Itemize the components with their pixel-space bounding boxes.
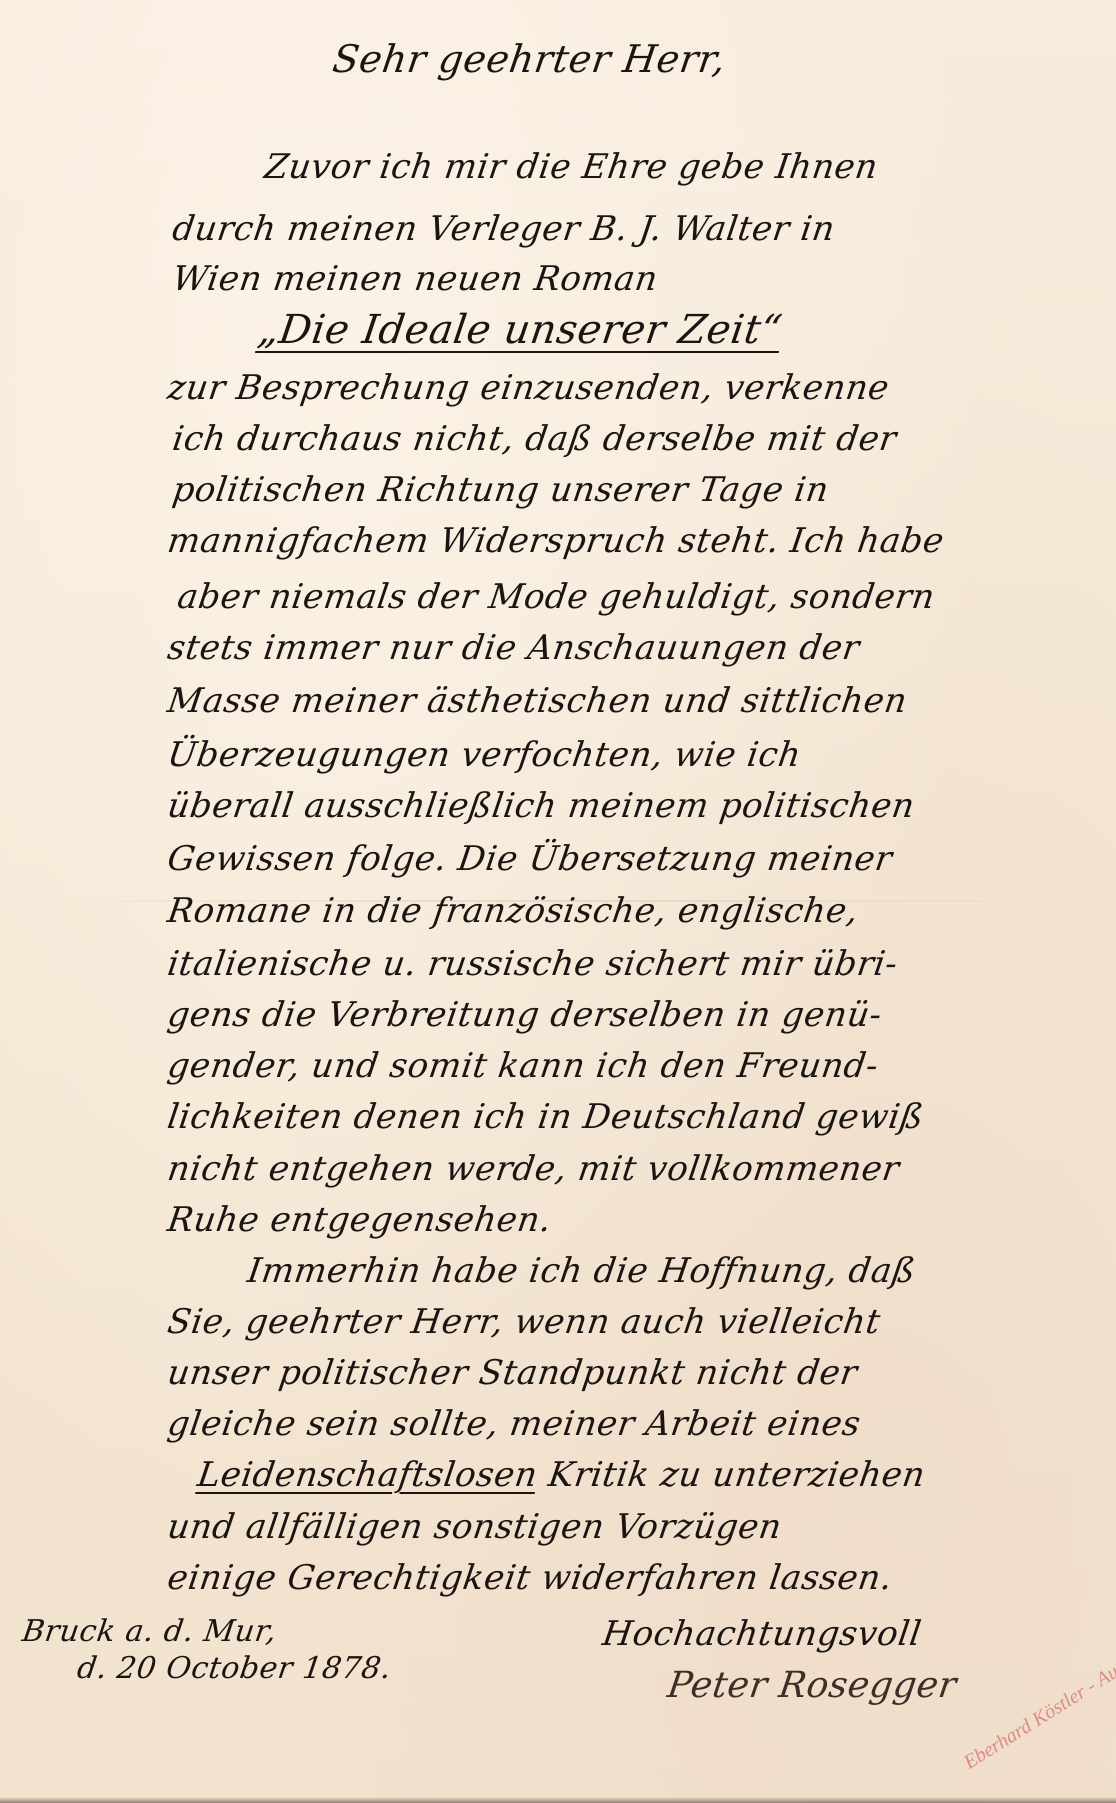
body-line: politischen Richtung unserer Tage in xyxy=(170,470,831,510)
body-line: überall ausschließlich meinem politische… xyxy=(165,786,917,826)
body-line: gleiche sein sollte, meiner Arbeit eines xyxy=(165,1404,863,1444)
body-line: Masse meiner ästhetischen und sittlichen xyxy=(165,681,910,721)
body-line: stets immer nur die Anschauungen der xyxy=(165,628,862,668)
body-line: mannigfachem Widerspruch steht. Ich habe xyxy=(165,521,947,561)
signature: Peter Rosegger xyxy=(665,1665,959,1706)
salutation: Sehr geehrter Herr, xyxy=(330,37,729,81)
place: Bruck a. d. Mur, xyxy=(20,1614,279,1649)
underlined-word: Leidenschaftslosen xyxy=(195,1455,540,1495)
body-line: aber niemals der Mode gehuldigt, sondern xyxy=(175,577,937,617)
body-line: Gewissen folge. Die Übersetzung meiner xyxy=(165,839,895,879)
body-line: unser politischer Standpunkt nicht der xyxy=(165,1353,860,1393)
body-line: italienische u. russische sichert mir üb… xyxy=(165,944,900,984)
body-line: gender, und somit kann ich den Freund- xyxy=(165,1046,881,1086)
book-title: „Die Ideale unserer Zeit“ xyxy=(255,307,785,353)
body-line: Überzeugungen verfochten, wie ich xyxy=(165,735,804,775)
body-line: Zuvor ich mir die Ehre gebe Ihnen xyxy=(262,147,880,187)
body-line: und allfälligen sonstigen Vorzügen xyxy=(165,1507,784,1547)
body-line: Leidenschaftslosen Kritik zu unterziehen xyxy=(195,1455,928,1495)
closing: Hochachtungsvoll xyxy=(600,1614,924,1654)
body-line: durch meinen Verleger B. J. Walter in xyxy=(170,209,837,249)
body-line: Ruhe entgegensehen. xyxy=(165,1200,554,1240)
paper-bottom-edge xyxy=(0,1797,1116,1803)
date: d. 20 October 1878. xyxy=(75,1651,394,1686)
body-line-rest: Kritik zu unterziehen xyxy=(546,1455,928,1495)
body-line: Wien meinen neuen Roman xyxy=(170,259,660,299)
body-line: Romane in die französische, englische, xyxy=(165,891,861,931)
body-line: ich durchaus nicht, daß derselbe mit der xyxy=(170,419,899,459)
body-line: zur Besprechung einzusenden, verkenne xyxy=(165,368,892,408)
body-line: Immerhin habe ich die Hoffnung, daß xyxy=(245,1251,918,1291)
body-line: Sie, geehrter Herr, wenn auch vielleicht xyxy=(165,1302,883,1342)
body-line: nicht entgehen werde, mit vollkommener xyxy=(165,1149,902,1189)
body-line: lichkeiten denen ich in Deutschland gewi… xyxy=(165,1097,926,1137)
body-line: einige Gerechtigkeit widerfahren lassen. xyxy=(165,1558,895,1598)
body-line: gens die Verbreitung derselben in genü- xyxy=(165,995,885,1035)
